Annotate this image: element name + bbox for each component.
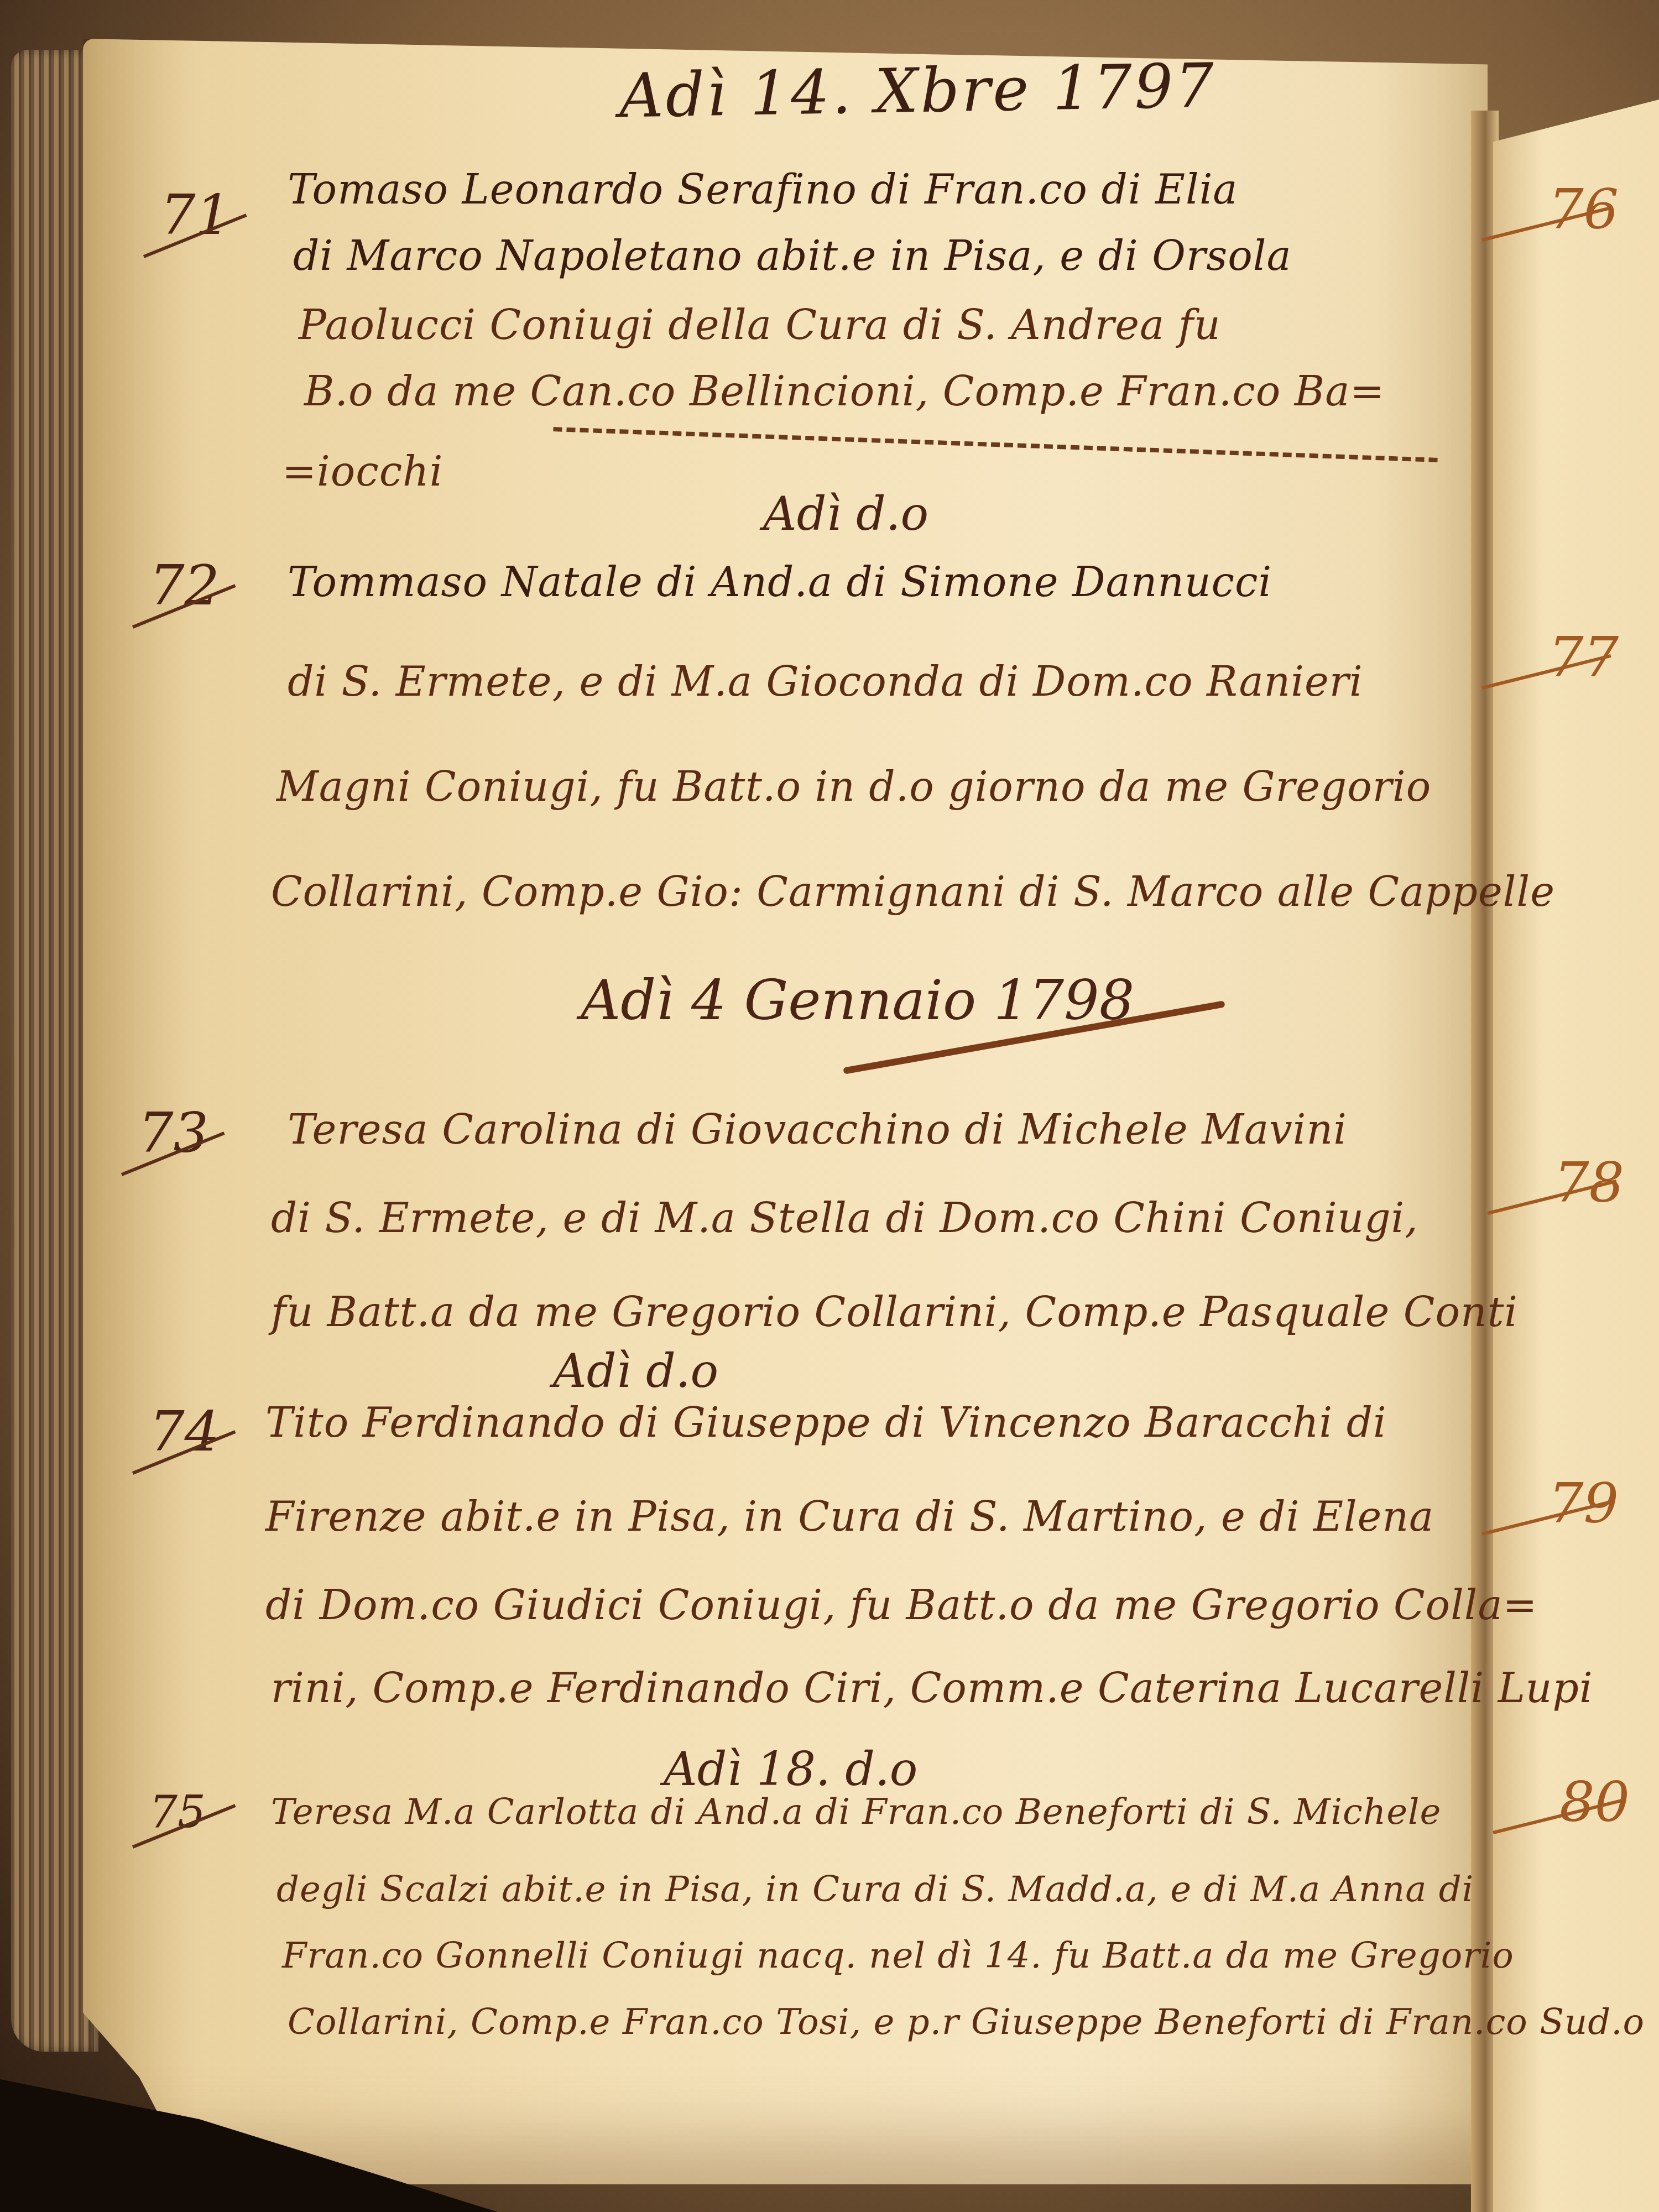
- entry-line: Tommaso Natale di And.a di Simone Dannuc…: [288, 559, 1272, 606]
- entry-date-heading: Adì 18. d.o: [664, 1742, 917, 1796]
- entry-line: Collarini, Comp.e Fran.co Tosi, e p.r Gi…: [288, 2002, 1645, 2043]
- entry-line: Teresa M.a Carlotta di And.a di Fran.co …: [271, 1792, 1441, 1833]
- right-margin-number: 78: [1554, 1150, 1624, 1215]
- entry-line: Collarini, Comp.e Gio: Carmignani di S. …: [271, 868, 1555, 916]
- entry-line: Firenze abit.e in Pisa, in Cura di S. Ma…: [265, 1493, 1434, 1541]
- page-header-date: Adì 14. Xbre 1797: [619, 50, 1217, 132]
- right-margin-number: 79: [1548, 1471, 1619, 1536]
- entry-number: 71: [160, 182, 231, 247]
- entry-line: degli Scalzi abit.e in Pisa, in Cura di …: [276, 1869, 1474, 1910]
- entry-line: di S. Ermete, e di M.a Gioconda di Dom.c…: [288, 658, 1363, 706]
- entry-line: Tomaso Leonardo Serafino di Fran.co di E…: [288, 166, 1238, 213]
- entry-line: di Marco Napoletano abit.e in Pisa, e di…: [293, 232, 1292, 280]
- entry-number: 72: [149, 553, 220, 618]
- entry-line: Magni Coniugi, fu Batt.o in d.o giorno d…: [276, 763, 1431, 811]
- entry-line: Tito Ferdinando di Giuseppe di Vincenzo …: [265, 1399, 1387, 1447]
- entry-line: Fran.co Gonnelli Coniugi nacq. nel dì 14…: [282, 1936, 1514, 1976]
- entry-line: rini, Comp.e Ferdinando Ciri, Comm.e Cat…: [271, 1665, 1593, 1712]
- entry-line: di S. Ermete, e di M.a Stella di Dom.co …: [271, 1194, 1418, 1242]
- right-margin-number: 80: [1559, 1770, 1630, 1834]
- entry-line: fu Batt.a da me Gregorio Collarini, Comp…: [271, 1288, 1518, 1336]
- entry-date-heading: Adì d.o: [763, 487, 928, 541]
- entry-line: di Dom.co Giudici Coniugi, fu Batt.o da …: [265, 1582, 1538, 1629]
- entry-line: Paolucci Coniugi della Cura di S. Andrea…: [299, 301, 1221, 349]
- entry-line: Teresa Carolina di Giovacchino di Michel…: [288, 1106, 1347, 1154]
- right-margin-number: 77: [1548, 625, 1619, 690]
- entry-date-heading: Adì 4 Gennaio 1798: [581, 968, 1134, 1032]
- entry-number: 73: [138, 1100, 208, 1165]
- right-margin-number: 76: [1548, 177, 1619, 242]
- entry-line: =iocchi: [282, 448, 443, 495]
- entry-number: 74: [149, 1399, 220, 1464]
- entry-number: 75: [149, 1786, 206, 1838]
- entry-date-heading: Adì d.o: [553, 1344, 718, 1398]
- entry-line: B.o da me Can.co Bellincioni, Comp.e Fra…: [304, 368, 1385, 415]
